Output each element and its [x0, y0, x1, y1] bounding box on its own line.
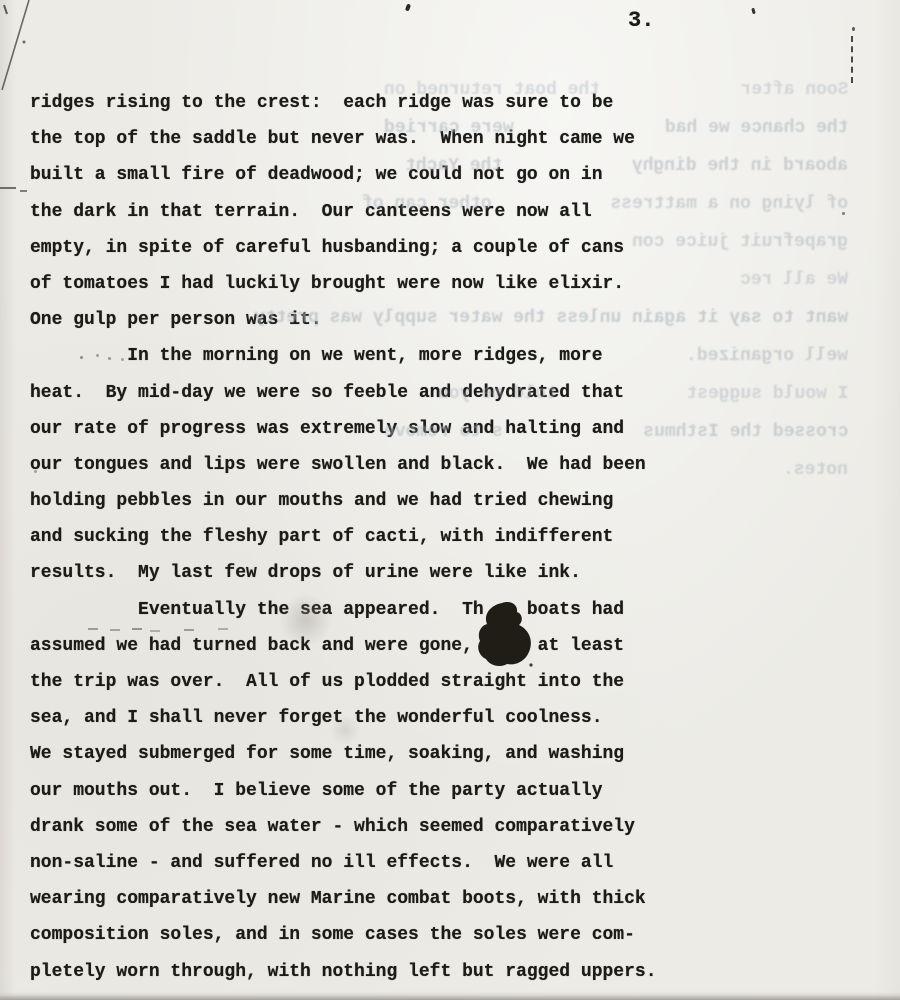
dot-smudge	[88, 628, 98, 630]
margin-dash	[0, 187, 16, 189]
dashed-mark	[851, 36, 853, 83]
bleed-line: crossed the Isthmus s to remove	[384, 422, 848, 442]
smudge-mark	[280, 592, 332, 648]
smudge-mark	[330, 715, 360, 745]
bleed-line: Soon after the boat returned on	[384, 80, 848, 100]
ink-speck	[842, 212, 845, 215]
bleed-line: the chance we had were carried	[384, 118, 848, 138]
bleed-line: aboard in the dinghy the Yacht	[405, 156, 848, 176]
bleed-line: We all rec	[740, 270, 848, 290]
ink-speck	[34, 470, 37, 473]
bleed-lines: Soon after the boat returned onthe chanc…	[0, 0, 900, 1000]
diagonal-scratch	[0, 0, 40, 100]
margin-dash	[20, 190, 27, 192]
bleed-line: notes.	[783, 460, 848, 480]
bleed-line: want to say it again unless the water su…	[254, 308, 848, 328]
dashed-mark-dot	[852, 27, 855, 31]
bleed-line: I would suggest told me you	[438, 384, 848, 404]
bleed-line: of lying on a mattress other can of	[362, 194, 848, 214]
scan-edge-shadow	[0, 995, 900, 1000]
ink-blot	[476, 601, 536, 669]
bleed-line: grapefruit juice con	[632, 232, 848, 252]
dot-smudge	[80, 356, 83, 359]
bleed-line: well organized.	[686, 346, 848, 366]
